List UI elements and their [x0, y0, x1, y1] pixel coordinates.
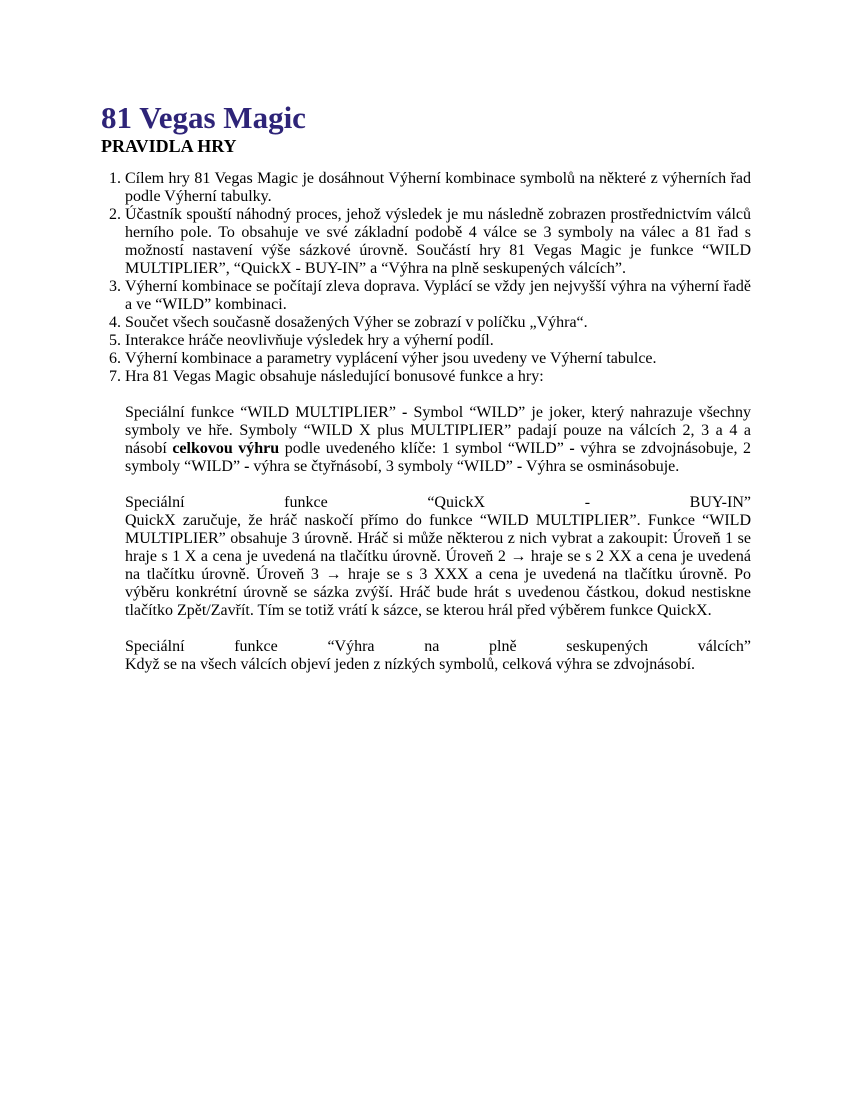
page-title: 81 Vegas Magic	[101, 100, 751, 136]
text: Výhra se osminásobuje.	[522, 458, 679, 475]
rule-item: Účastník spouští náhodný proces, jehož v…	[125, 206, 751, 278]
rule-item: Hra 81 Vegas Magic obsahuje následující …	[125, 368, 751, 386]
rule-item: Výherní kombinace a parametry vyplácení …	[125, 350, 751, 368]
bonus-features: Speciální funkce “WILD MULTIPLIER” - Sym…	[125, 404, 751, 674]
emphasis-total-win: celkovou výhru	[172, 440, 279, 457]
text: podle uvedeného klíče: 1 symbol “WILD”	[279, 440, 569, 457]
rule-item: Výherní kombinace se počítají zleva dopr…	[125, 278, 751, 314]
rule-item: Interakce hráče neovlivňuje výsledek hry…	[125, 332, 751, 350]
text: výhra se čtyřnásobí, 3 symboly “WILD”	[249, 458, 516, 475]
page-subtitle: PRAVIDLA HRY	[101, 136, 751, 156]
full-reels-heading: Speciální funkce “Výhra na plně seskupen…	[125, 638, 751, 656]
quickx-body: QuickX zaručuje, že hráč naskočí přímo d…	[125, 512, 751, 620]
rules-list: Cílem hry 81 Vegas Magic je dosáhnout Vý…	[101, 170, 751, 386]
quickx-heading: Speciální funkce “QuickX - BUY-IN”	[125, 494, 751, 512]
wild-multiplier-paragraph: Speciální funkce “WILD MULTIPLIER” - Sym…	[125, 404, 751, 476]
full-reels-body: Když se na všech válcích objeví jeden z …	[125, 656, 751, 674]
document-page: 81 Vegas Magic PRAVIDLA HRY Cílem hry 81…	[101, 100, 751, 692]
text: Speciální funkce “WILD MULTIPLIER”	[125, 404, 402, 421]
rule-item: Součet všech současně dosažených Výher s…	[125, 314, 751, 332]
rule-item: Cílem hry 81 Vegas Magic je dosáhnout Vý…	[125, 170, 751, 206]
